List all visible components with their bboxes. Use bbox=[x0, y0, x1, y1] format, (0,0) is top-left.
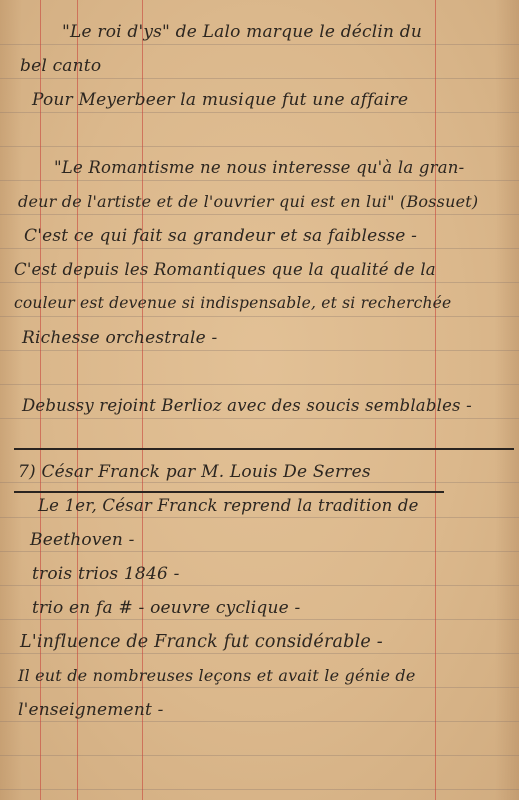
handwritten-line: bel canto bbox=[20, 56, 101, 76]
handwritten-line: deur de l'artiste et de l'ouvrier qui es… bbox=[18, 192, 478, 211]
handwritten-line: "Le roi d'ys" de Lalo marque le déclin d… bbox=[62, 22, 422, 42]
handwritten-line: Il eut de nombreuses leçons et avait le … bbox=[18, 666, 416, 685]
handwritten-line: "Le Romantisme ne nous interesse qu'à la… bbox=[54, 158, 464, 177]
section-heading: 7) César Franck par M. Louis De Serres bbox=[18, 462, 371, 482]
handwritten-line: C'est depuis les Romantiques que la qual… bbox=[14, 260, 436, 279]
handwritten-line: l'enseignement - bbox=[18, 700, 164, 720]
handwritten-line: Richesse orchestrale - bbox=[22, 328, 217, 348]
handwritten-line: Pour Meyerbeer la musique fut une affair… bbox=[32, 90, 408, 110]
handwritten-line: Beethoven - bbox=[30, 530, 135, 550]
handwritten-line: trio en fa # - oeuvre cyclique - bbox=[32, 598, 300, 618]
handwritten-line: L'influence de Franck fut considérable - bbox=[20, 632, 383, 652]
handwritten-line: Le 1er, César Franck reprend la traditio… bbox=[38, 496, 419, 515]
handwritten-line: trois trios 1846 - bbox=[32, 564, 180, 584]
handwritten-line: couleur est devenue si indispensable, et… bbox=[14, 294, 451, 312]
handwritten-line: C'est ce qui fait sa grandeur et sa faib… bbox=[24, 226, 417, 246]
section-separator bbox=[14, 448, 514, 450]
handwritten-line: Debussy rejoint Berlioz avec des soucis … bbox=[22, 396, 472, 415]
heading-underline bbox=[14, 491, 444, 493]
notebook-page: "Le roi d'ys" de Lalo marque le déclin d… bbox=[0, 0, 519, 800]
